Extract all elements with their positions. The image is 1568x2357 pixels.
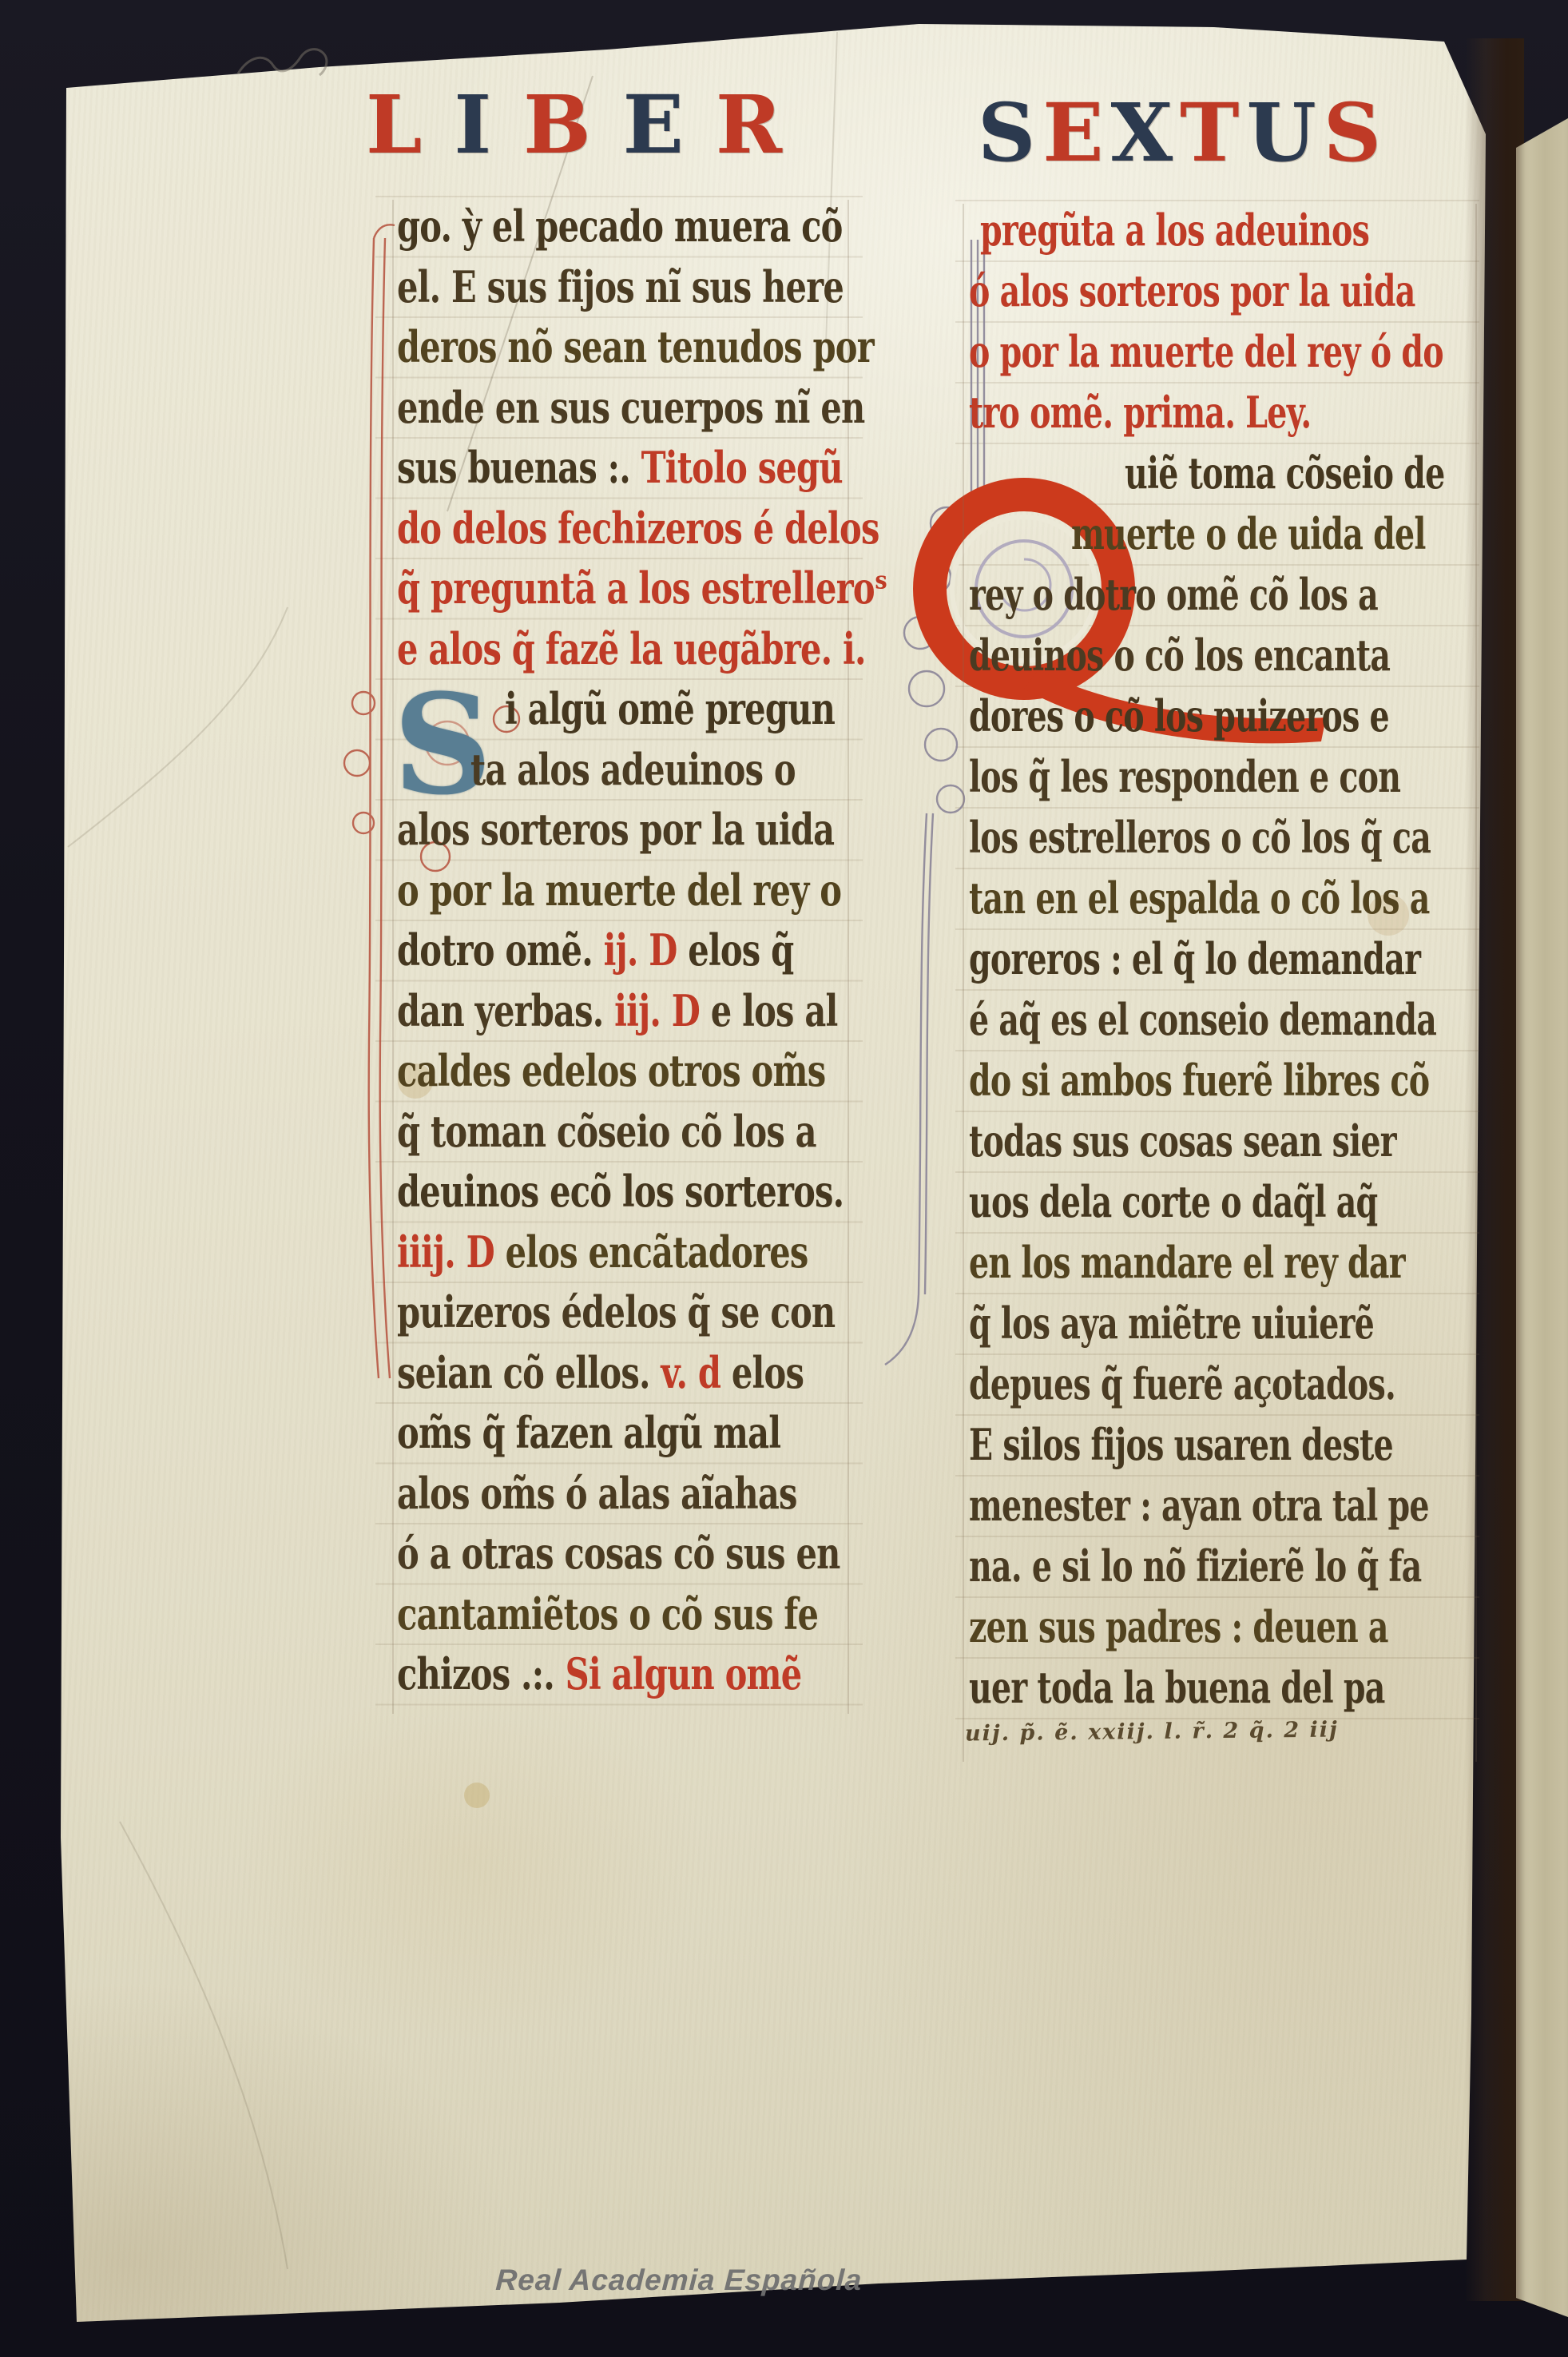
ink-text: deros nõ sean tenudos por <box>397 322 874 372</box>
text-line: uer toda la buena del pa <box>969 1661 1385 1716</box>
text-line: pregũta a los adeuinos <box>980 204 1369 259</box>
text-line: o por la muerte del rey o <box>397 864 841 919</box>
text-line: deros nõ sean tenudos por <box>397 320 874 376</box>
ink-text: goreros : el q̃ lo demandar <box>969 934 1420 984</box>
header-letter: R <box>716 85 782 165</box>
ink-text: ta alos adeuinos o <box>470 745 796 795</box>
rubric-text: iij. D <box>614 986 711 1036</box>
text-line: i algũ omẽ pregun <box>505 682 835 737</box>
text-line: tro omẽ. prima. Ley. <box>969 386 1311 441</box>
rubric-text: ó alos sorteros por la uida <box>969 266 1415 316</box>
text-line: alos om̃s ó alas aĩahas <box>397 1467 797 1522</box>
text-line: zen sus padres : deuen a <box>969 1600 1388 1655</box>
text-line: ende en sus cuerpos nĩ en <box>397 381 864 436</box>
ink-text: do si ambos fuerẽ libres cõ <box>969 1055 1429 1106</box>
header-letter: E <box>1042 93 1103 173</box>
ink-text: dan yerbas. <box>397 986 614 1036</box>
text-line: E silos fijos usaren deste <box>969 1418 1393 1473</box>
header-letter: X <box>1110 93 1173 173</box>
ink-text: elos encãtadores <box>506 1227 808 1278</box>
running-title-sextus: SEXTUS <box>978 93 1381 173</box>
text-line: dotro omẽ. ij. D elos q̃ <box>397 924 793 979</box>
rubric-text: iiij. D <box>397 1227 506 1278</box>
adjacent-page-edge <box>1516 0 1568 2357</box>
text-line: om̃s q̃ fazen algũ mal <box>397 1406 780 1461</box>
running-title-liber: LIBER <box>366 85 782 165</box>
text-line: q̃ preguntã a los estrelleroˢ <box>397 562 887 617</box>
ink-text: E silos fijos usaren deste <box>969 1420 1393 1470</box>
ink-text: seian cõ ellos. <box>397 1348 661 1398</box>
ink-text: menester : ayan otra tal pe <box>969 1481 1429 1531</box>
header-letter: S <box>978 93 1035 173</box>
text-line: depues q̃ fuerẽ açotados. <box>969 1357 1395 1413</box>
text-line: uiẽ toma cõseio de <box>1125 447 1444 502</box>
text-line: en los mandare el rey dar <box>969 1236 1405 1291</box>
text-line: chizos .:. Si algun omẽ <box>397 1648 801 1703</box>
ink-text: depues q̃ fuerẽ açotados. <box>969 1359 1395 1409</box>
text-line: todas sus cosas sean sier <box>969 1115 1396 1170</box>
ink-text: ó a otras cosas cõ sus en <box>397 1528 840 1579</box>
ink-text: chizos .:. <box>397 1649 566 1699</box>
text-line: goreros : el q̃ lo demandar <box>969 932 1420 988</box>
text-line: el. E sus fijos nĩ sus here <box>397 260 844 316</box>
text-line: uos dela corte o daq̃l aq̃ <box>969 1175 1377 1230</box>
header-letter: L <box>366 85 422 165</box>
rubric-text: do delos fechizeros é delos <box>397 503 879 554</box>
header-letter: E <box>623 85 684 165</box>
rubric-text: pregũta a los adeuinos <box>980 205 1369 256</box>
text-line: o por la muerte del rey ó do <box>969 325 1443 380</box>
text-line: q̃ toman cõseio cõ los a <box>397 1105 816 1160</box>
ink-text: los estrelleros o cõ los q̃ ca <box>969 813 1431 863</box>
rubric-text: e alos q̃ fazẽ la uegãbre. i. <box>397 624 866 674</box>
header-letter: B <box>523 85 591 165</box>
text-line: na. e si lo nõ fizierẽ lo q̃ fa <box>969 1540 1421 1595</box>
text-line: é aq̃ es el conseio demanda <box>969 993 1436 1048</box>
text-line: tan en el espalda o cõ los a <box>969 872 1430 927</box>
text-line: dores o cõ los puizeros e <box>969 690 1389 745</box>
text-line: puizeros édelos q̃ se con <box>397 1286 835 1341</box>
text-line: q̃ los aya miẽtre uiuierẽ <box>969 1297 1374 1352</box>
text-line: seian cõ ellos. v. d elos <box>397 1346 804 1401</box>
ink-text: uer toda la buena del pa <box>969 1663 1385 1713</box>
ink-text: en los mandare el rey dar <box>969 1238 1405 1288</box>
ink-text: ende en sus cuerpos nĩ en <box>397 383 864 433</box>
text-line: e alos q̃ fazẽ la uegãbre. i. <box>397 622 866 678</box>
rubric-text: o por la muerte del rey ó do <box>969 327 1443 377</box>
ink-text: uos dela corte o daq̃l aq̃ <box>969 1177 1377 1227</box>
ink-text: uiẽ toma cõseio de <box>1125 448 1444 499</box>
text-line: los estrelleros o cõ los q̃ ca <box>969 811 1431 866</box>
text-line: cantamiẽtos o cõ sus fe <box>397 1588 818 1643</box>
ink-text: cantamiẽtos o cõ sus fe <box>397 1589 818 1640</box>
rubric-text: tro omẽ. prima. Ley. <box>969 388 1311 438</box>
ink-text: na. e si lo nõ fizierẽ lo q̃ fa <box>969 1541 1421 1592</box>
book-gutter-shadow <box>1465 38 1524 2301</box>
text-line: ó a otras cosas cõ sus en <box>397 1527 840 1582</box>
rubric-text: Si algun omẽ <box>566 1649 802 1699</box>
text-line: rey o dotro omẽ cõ los a <box>969 568 1378 623</box>
ink-text: elos q̃ <box>688 925 793 976</box>
text-line: go. ỳ el pecado muera cõ <box>397 200 843 255</box>
rubric-text: q̃ preguntã a los estrelleroˢ <box>397 563 887 614</box>
text-line: alos sorteros por la uida <box>397 803 834 858</box>
ink-text: deuinos ecõ los sorteros. <box>397 1167 844 1217</box>
text-line: deuinos o cõ los encanta <box>969 629 1390 684</box>
rubric-text: Titolo segũ <box>641 443 843 493</box>
ink-text: om̃s q̃ fazen algũ mal <box>397 1408 780 1458</box>
rubric-text: ij. D <box>604 925 689 976</box>
ink-text: alos sorteros por la uida <box>397 805 834 855</box>
text-line: muerte o de uida del <box>1071 507 1426 562</box>
ink-text: elos <box>732 1348 804 1398</box>
ink-text: caldes edelos otros om̃s <box>397 1046 825 1096</box>
ink-text: zen sus padres : deuen a <box>969 1602 1388 1652</box>
text-line: ta alos adeuinos o <box>470 743 796 798</box>
text-line: do delos fechizeros é delos <box>397 502 879 557</box>
ink-text: q̃ toman cõseio cõ los a <box>397 1107 816 1157</box>
rubric-text: v. d <box>661 1348 732 1398</box>
ink-text: é aq̃ es el conseio demanda <box>969 995 1436 1045</box>
text-line: iiij. D elos encãtadores <box>397 1226 808 1281</box>
text-line: do si ambos fuerẽ libres cõ <box>969 1054 1429 1109</box>
ink-text: alos om̃s ó alas aĩahas <box>397 1469 797 1519</box>
ink-text: rey o dotro omẽ cõ los a <box>969 570 1378 620</box>
ink-text: q̃ los aya miẽtre uiuierẽ <box>969 1298 1374 1349</box>
ink-text: puizeros édelos q̃ se con <box>397 1287 835 1337</box>
ink-text: tan en el espalda o cõ los a <box>969 873 1430 924</box>
ink-text: go. ỳ el pecado muera cõ <box>397 201 843 252</box>
header-letter: S <box>1324 93 1381 173</box>
ink-text: o por la muerte del rey o <box>397 865 841 916</box>
ink-text: e los al <box>711 986 838 1036</box>
text-line: menester : ayan otra tal pe <box>969 1479 1429 1534</box>
ink-text: dores o cõ los puizeros e <box>969 691 1389 741</box>
ink-text: los q̃ les responden e con <box>969 752 1400 802</box>
text-line: los q̃ les responden e con <box>969 750 1400 805</box>
text-line: deuinos ecõ los sorteros. <box>397 1165 844 1220</box>
ink-text: i algũ omẽ pregun <box>505 684 835 734</box>
ink-text: deuinos o cõ los encanta <box>969 630 1390 681</box>
header-letter: U <box>1246 93 1316 173</box>
ink-text: muerte o de uida del <box>1071 509 1426 559</box>
header-letter: I <box>454 85 491 165</box>
text-line: dan yerbas. iij. D e los al <box>397 984 838 1039</box>
marginal-reference-note: uij. p̃. ẽ. xxiij. l. r̃. 2 q̃. 2 iij <box>965 1718 1339 1747</box>
text-line: sus buenas :. Titolo segũ <box>397 441 843 496</box>
ink-text: el. E sus fijos nĩ sus here <box>397 262 844 312</box>
text-line: ó alos sorteros por la uida <box>969 264 1415 320</box>
library-watermark: Real Academia Española <box>447 2264 911 2297</box>
manuscript-scan: LIBER SEXTUS S go. ỳ el pecado muera cõe… <box>0 0 1568 2357</box>
ink-text: todas sus cosas sean sier <box>969 1116 1396 1167</box>
text-line: caldes edelos otros om̃s <box>397 1044 825 1099</box>
ink-text: sus buenas :. <box>397 443 641 493</box>
ink-text: dotro omẽ. <box>397 925 604 976</box>
header-letter: T <box>1180 93 1239 173</box>
